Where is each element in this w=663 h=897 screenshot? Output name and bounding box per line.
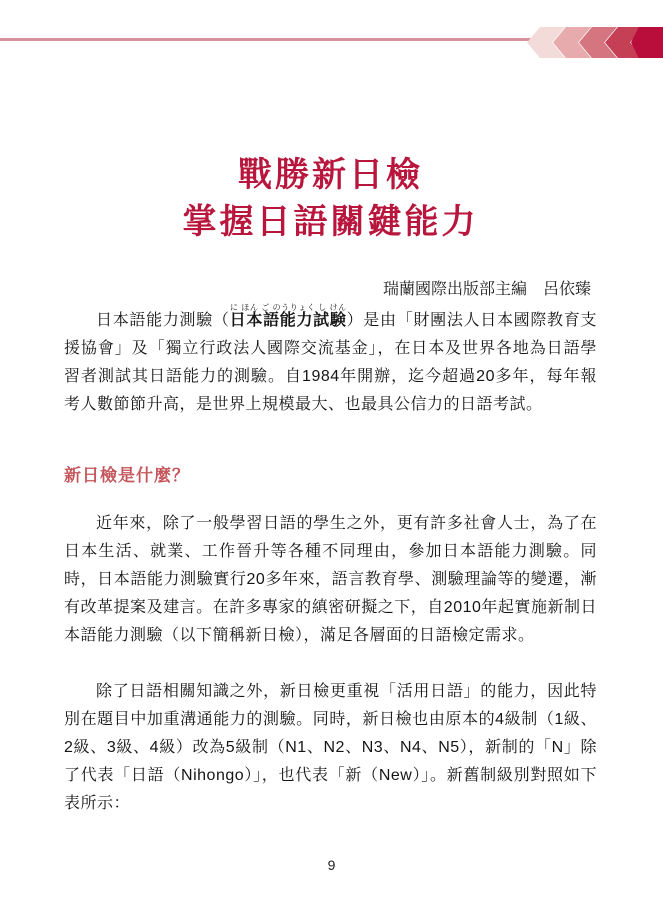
title-line-1: 戰勝新日檢	[64, 152, 597, 199]
intro-lead: 日本語能力測驗（	[96, 312, 230, 329]
title-line-2: 掌握日語關鍵能力	[64, 199, 597, 246]
chevron-group	[527, 27, 663, 58]
ruby-base: 日本語能力試験	[230, 312, 347, 329]
section-heading: 新日檢是什麼？	[64, 461, 597, 486]
section-paragraph: 近年來，除了一般學習日語的學生之外，更有許多社會人士，為了在日本生活、就業、工作…	[64, 510, 597, 650]
page-content: 戰勝新日檢 掌握日語關鍵能力 瑞蘭國際出版部主編 呂依臻 日本語能力測驗（日本語…	[0, 152, 663, 818]
intro-paragraph: 日本語能力測驗（日本語能力試験に ほん ご のうりょく し けん）是由「財團法人…	[64, 303, 597, 419]
jlpt-japanese-name-ruby: 日本語能力試験に ほん ご のうりょく し けん	[230, 312, 347, 329]
byline: 瑞蘭國際出版部主編 呂依臻	[64, 276, 591, 299]
book-page: 戰勝新日檢 掌握日語關鍵能力 瑞蘭國際出版部主編 呂依臻 日本語能力測驗（日本語…	[0, 0, 663, 897]
ruby-furigana: に ほん ご のうりょく し けん	[230, 303, 347, 312]
decor-top-line	[0, 38, 545, 41]
section-paragraph: 除了日語相關知識之外，新日檢更重視「活用日語」的能力，因此特別在題目中加重溝通能…	[64, 678, 597, 818]
page-title: 戰勝新日檢 掌握日語關鍵能力	[64, 152, 597, 246]
page-number: 9	[0, 857, 663, 873]
